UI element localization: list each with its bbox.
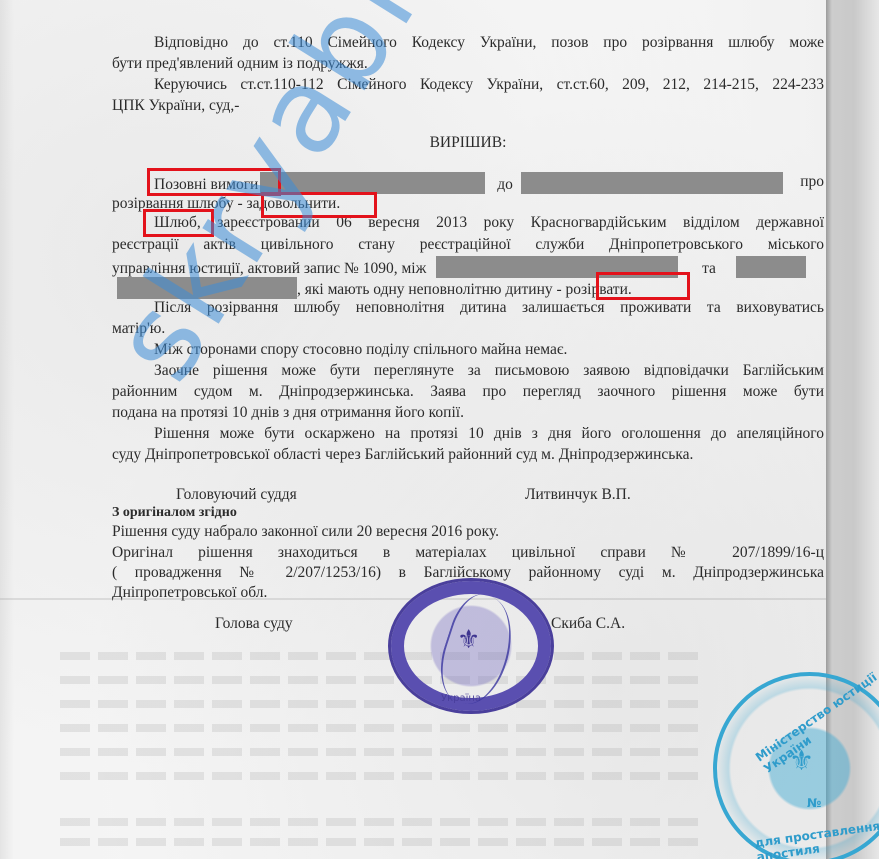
court-head-title: Голова суду: [215, 614, 415, 634]
paragraph-article-110-line-2: бути пред'явлений одним із подружжя.: [112, 54, 824, 74]
certification-text: З оригіналом згідно: [112, 503, 824, 523]
presiding-judge-name: Литвинчук В.П.: [525, 485, 725, 505]
court-head-name: Скиба С.А.: [551, 614, 751, 634]
word-do: до: [497, 176, 513, 193]
ministry-stamp-top-text: Міністерство юстиції України: [753, 664, 879, 776]
redacted-defendant-name: [521, 172, 783, 194]
presiding-judge-title: Головуючий суддя: [176, 485, 476, 505]
paragraph-article-110-line-1: Відповідно до ст.110 Сімейного Кодексу У…: [154, 33, 824, 53]
child-text: , які мають одну неповнолітню дитину -: [297, 281, 562, 298]
court-decision-document: Відповідно до ст.110 Сімейного Кодексу У…: [0, 0, 826, 859]
paragraph-appeal-line-1: Рішення може бути оскаржено на протязі 1…: [154, 424, 824, 444]
trident-coat-of-arms-icon: ⚜: [789, 744, 814, 777]
ministry-stamp-number: №: [807, 796, 821, 810]
highlight-box-dissolve: [596, 272, 690, 300]
effective-date-text: Рішення суду набрало законної сили 20 ве…: [112, 522, 824, 542]
paragraph-property: Між сторонами спору стосовно поділу спіл…: [154, 340, 824, 360]
word-pro: про: [800, 172, 824, 192]
paragraph-review-line-3: подана на протязі 10 днів з дня отриманн…: [112, 403, 824, 423]
word-ta: та: [702, 260, 716, 277]
paragraph-guided-by-line-2: ЦПК України, суд,-: [112, 96, 824, 116]
paragraph-review-line-1: Заочне рішення може бути переглянуте за …: [154, 361, 824, 381]
paragraph-appeal-line-2: суду Дніпропетровської області через Баг…: [112, 445, 824, 465]
paragraph-review-line-2: районним судом м. Дніпродзержинська. Зая…: [112, 382, 824, 402]
redacted-spouse-2-name: [736, 256, 806, 278]
original-location-line-1: Оригінал рішення знаходиться в матеріала…: [112, 543, 824, 563]
